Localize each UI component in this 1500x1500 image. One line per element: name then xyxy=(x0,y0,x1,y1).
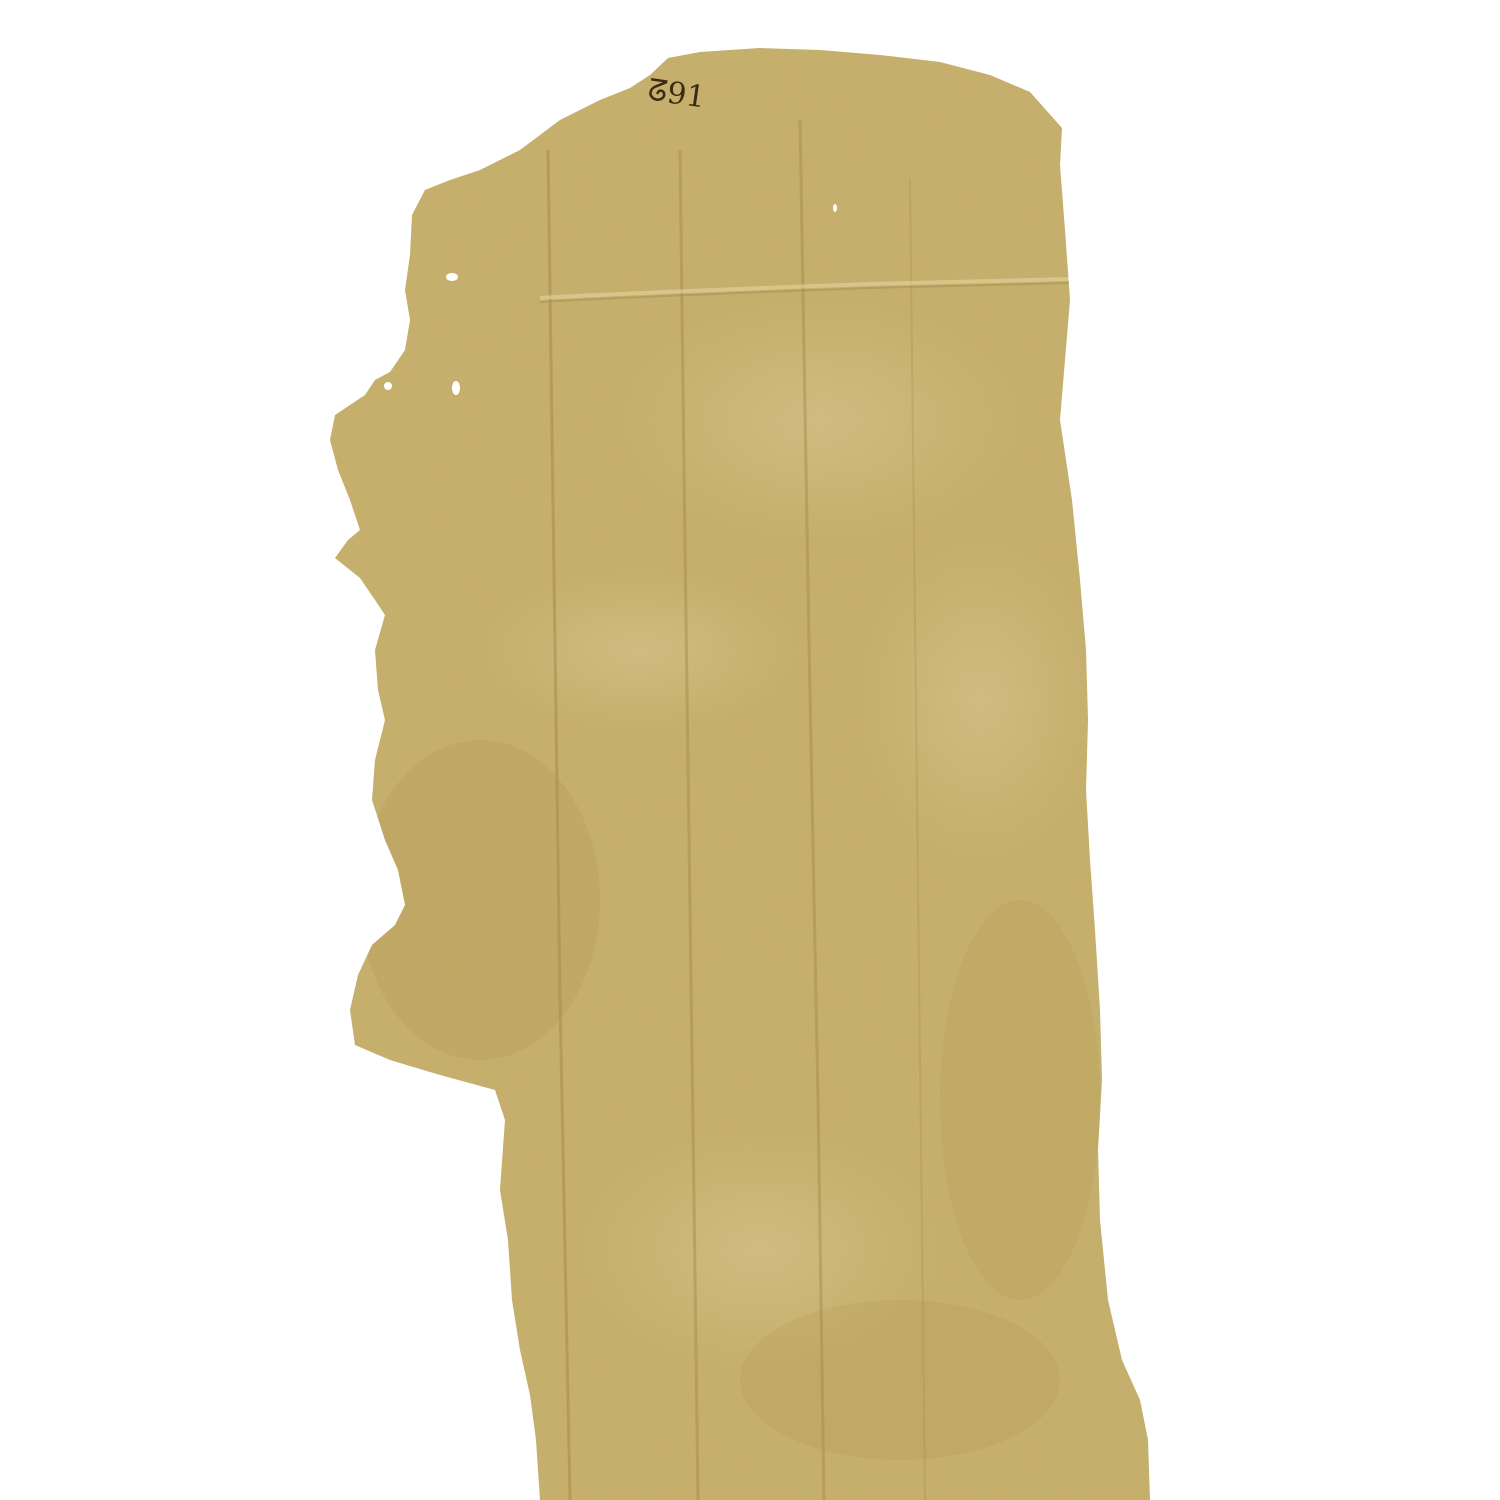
photo-scene: ᘔ91 xyxy=(0,0,1500,1500)
leather-hide: ᘔ91 xyxy=(0,0,1500,1500)
